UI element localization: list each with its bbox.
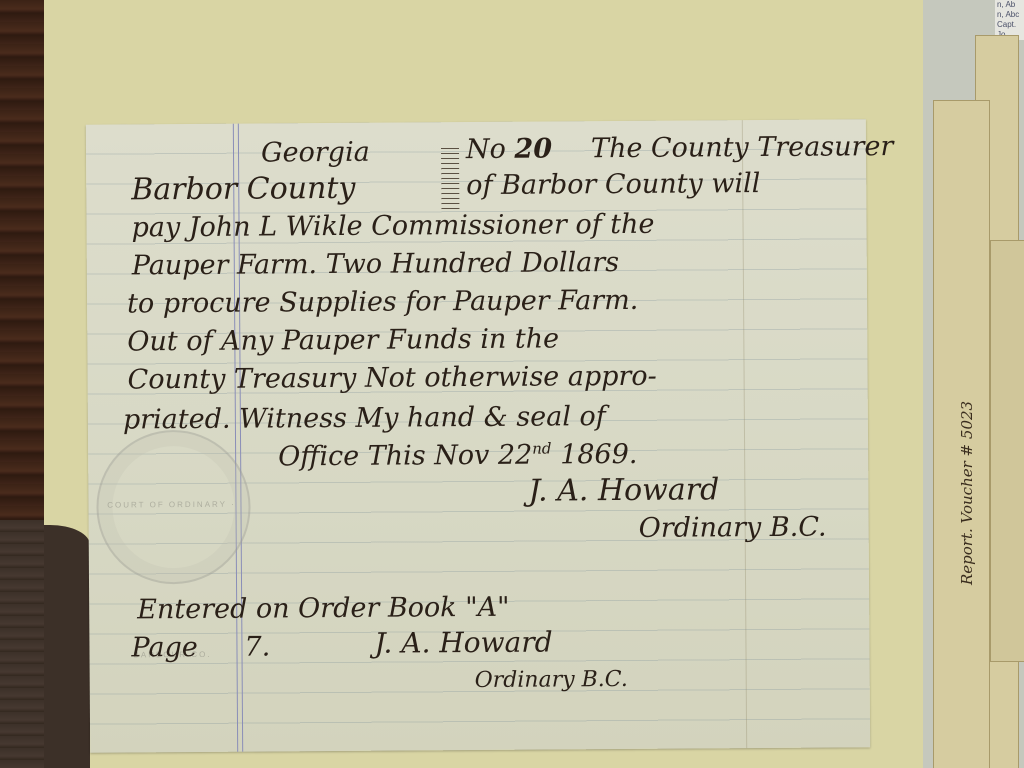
entry-note-line-1: Entered on Order Book "A" [137, 592, 510, 626]
text-line-3: pay John L Wikle Commissioner of the [131, 209, 654, 244]
date-line: Office This Nov 22nd 1869. [278, 439, 638, 473]
corner-printed-paper: n, Ab n, Abc Capt. Jo [995, 0, 1024, 40]
entry-signature: J. A. Howard [374, 625, 552, 659]
text-line-1: The County Treasurer [591, 131, 894, 164]
text-line-6: Out of Any Pauper Funds in the [127, 323, 559, 357]
text-line-7: County Treasury Not otherwise appro- [127, 361, 656, 396]
folder-cutout [44, 525, 90, 768]
corner-print-line: n, Ab [997, 0, 1024, 10]
number-label: No [466, 134, 506, 165]
corner-print-line: n, Abc [997, 10, 1024, 20]
strip-label: Report. Voucher # 5023 [958, 401, 976, 585]
date-text: Office This Nov 22 [278, 440, 532, 473]
signature: J. A. Howard [528, 472, 719, 508]
date-year: 1869. [560, 439, 638, 471]
entry-page-label: Page [131, 632, 198, 663]
state-heading: Georgia [261, 137, 370, 169]
folded-paper-strip [990, 240, 1024, 662]
seal-text: COURT OF ORDINARY · BARBOUR CO. [96, 430, 247, 581]
date-suffix: nd [532, 439, 551, 457]
entry-page-number: 7. [244, 631, 270, 662]
signature-title: Ordinary B.C. [639, 512, 827, 544]
text-line-8: priated. Witness My hand & seal of [123, 401, 606, 435]
scroll-flourish [441, 144, 459, 209]
warrant-number: No 20 [466, 133, 552, 165]
text-line-4: Pauper Farm. Two Hundred Dollars [132, 247, 619, 281]
entry-signature-title: Ordinary B.C. [475, 667, 628, 693]
text-line-5: to procure Supplies for Pauper Farm. [127, 285, 638, 320]
handwritten-warrant: COURT OF ORDINARY · BARBOUR CO. Georgia … [86, 119, 870, 752]
number-value: 20 [514, 133, 552, 164]
county-heading: Barbor County [131, 171, 355, 208]
text-line-2: of Barbor County will [466, 168, 760, 201]
